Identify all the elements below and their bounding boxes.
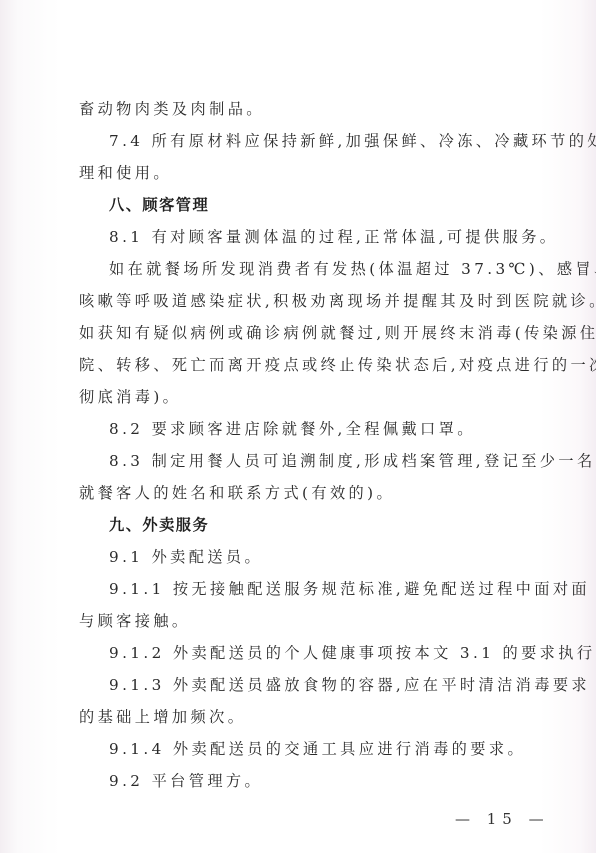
paragraph-line: 如获知有疑似病例或确诊病例就餐过,则开展终末消毒(传染源住 [79,323,596,343]
paragraph-line: 9.1 外卖配送员。 [109,547,263,567]
paragraph-line: 9.1.3 外卖配送员盛放食物的容器,应在平时清洁消毒要求 [109,675,590,695]
paragraph-line: 9.1.1 按无接触配送服务规范标准,避免配送过程中面对面 [109,579,590,599]
section-heading: 九、外卖服务 [109,515,209,535]
document-page: 畜动物肉类及肉制品。 7.4 所有原材料应保持新鲜,加强保鲜、冷冻、冷藏环节的处… [0,0,596,853]
page-number: — 15 — [455,810,550,828]
paragraph-line: 8.1 有对顾客量测体温的过程,正常体温,可提供服务。 [109,227,558,247]
paragraph-line: 院、转移、死亡而离开疫点或终止传染状态后,对疫点进行的一次 [79,355,596,375]
paragraph-line: 咳嗽等呼吸道感染症状,积极劝离现场并提醒其及时到医院就诊。 [79,291,596,311]
paragraph-line: 畜动物肉类及肉制品。 [79,99,265,119]
paragraph-line: 8.3 制定用餐人员可追溯制度,形成档案管理,登记至少一名 [109,451,596,471]
paragraph-line: 9.1.4 外卖配送员的交通工具应进行消毒的要求。 [109,739,526,759]
paragraph-line: 9.2 平台管理方。 [109,771,263,791]
paragraph-line: 理和使用。 [79,163,172,183]
paragraph-line: 9.1.2 外卖配送员的个人健康事项按本文 3.1 的要求执行。 [109,643,596,663]
section-heading: 八、顾客管理 [109,195,209,215]
paragraph-line: 就餐客人的姓名和联系方式(有效的)。 [79,483,395,503]
paragraph-line: 8.2 要求顾客进店除就餐外,全程佩戴口罩。 [109,419,476,439]
paragraph-line: 的基础上增加频次。 [79,707,246,727]
paragraph-line: 与顾客接触。 [79,611,191,631]
paragraph-line: 7.4 所有原材料应保持新鲜,加强保鲜、冷冻、冷藏环节的处 [109,131,596,151]
paragraph-line: 如在就餐场所发现消费者有发热(体温超过 37.3℃)、感冒、 [109,259,596,279]
paragraph-line: 彻底消毒)。 [79,387,181,407]
